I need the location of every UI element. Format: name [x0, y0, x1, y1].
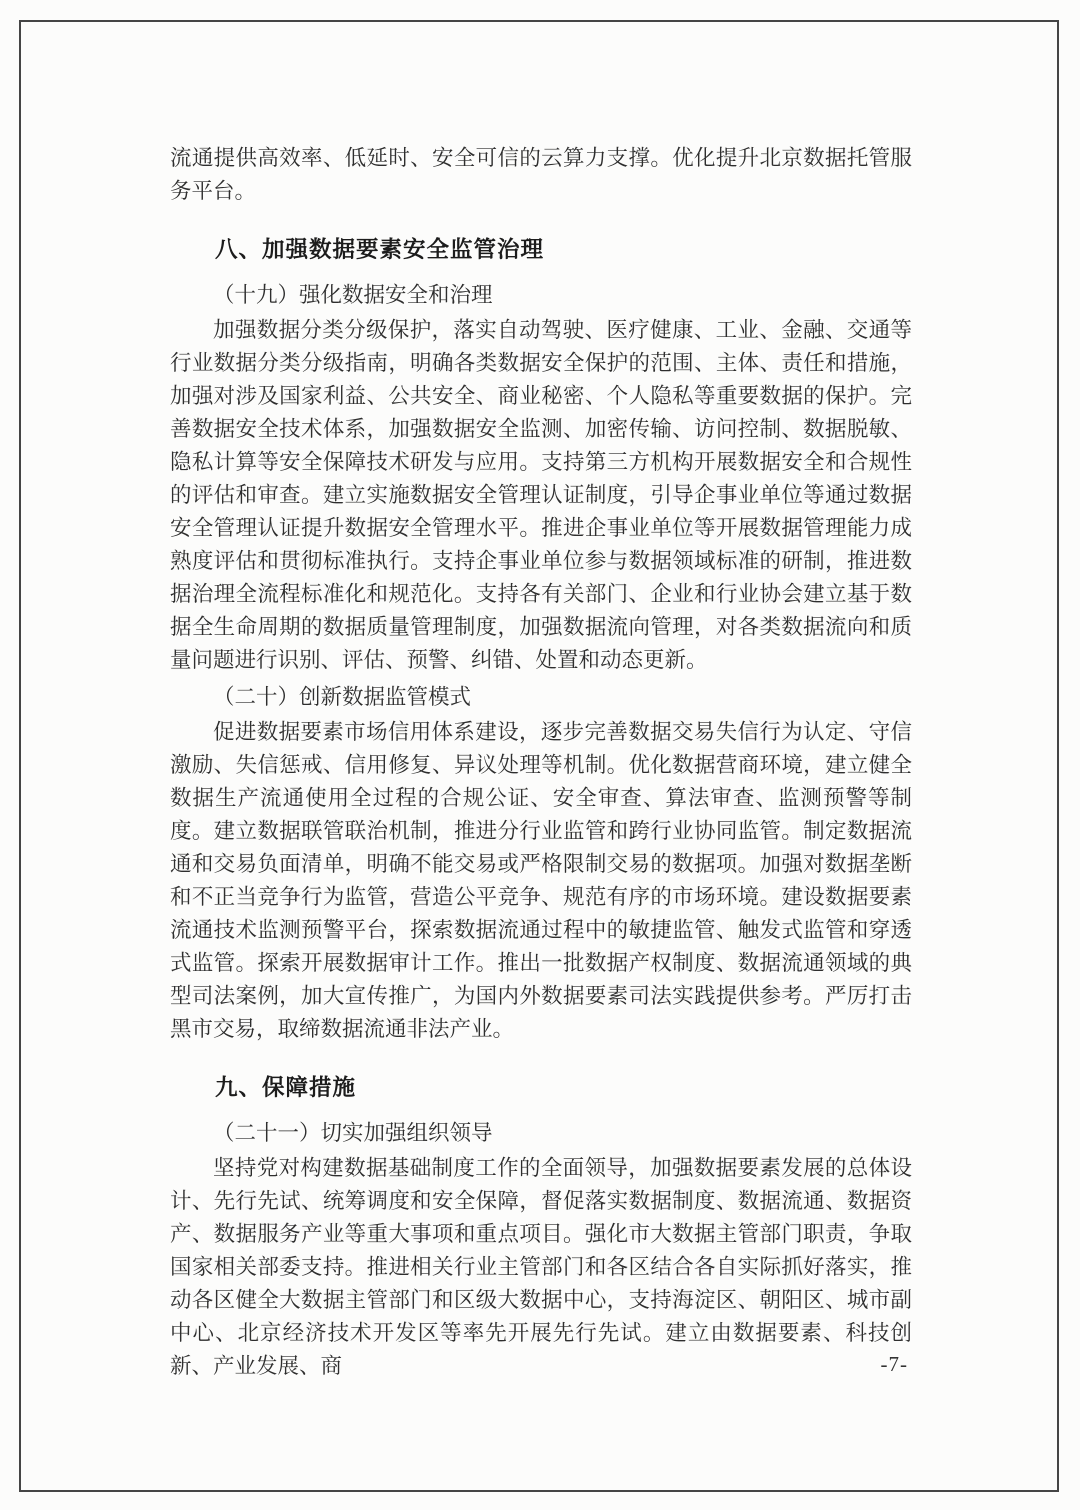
item-20-body-paragraph: 促进数据要素市场信用体系建设，逐步完善数据交易失信行为认定、守信激励、失信惩戒、…: [170, 716, 912, 1046]
page-number: -7-: [881, 1352, 909, 1377]
item-20-subheading: （二十）创新数据监管模式: [170, 681, 912, 714]
document-content: 流通提供高效率、低延时、安全可信的云算力支撑。优化提升北京数据托管服务平台。 八…: [170, 142, 912, 1383]
section-9-heading: 九、保障措施: [170, 1071, 912, 1104]
item-21-subheading: （二十一）切实加强组织领导: [170, 1117, 912, 1150]
item-19-subheading: （十九）强化数据安全和治理: [170, 279, 912, 312]
item-19-body-paragraph: 加强数据分类分级保护，落实自动驾驶、医疗健康、工业、金融、交通等行业数据分类分级…: [170, 314, 912, 677]
section-8-heading: 八、加强数据要素安全监管治理: [170, 233, 912, 266]
item-21-body-paragraph: 坚持党对构建数据基础制度工作的全面领导，加强数据要素发展的总体设计、先行先试、统…: [170, 1152, 912, 1383]
paragraph-continuation: 流通提供高效率、低延时、安全可信的云算力支撑。优化提升北京数据托管服务平台。: [170, 142, 912, 208]
